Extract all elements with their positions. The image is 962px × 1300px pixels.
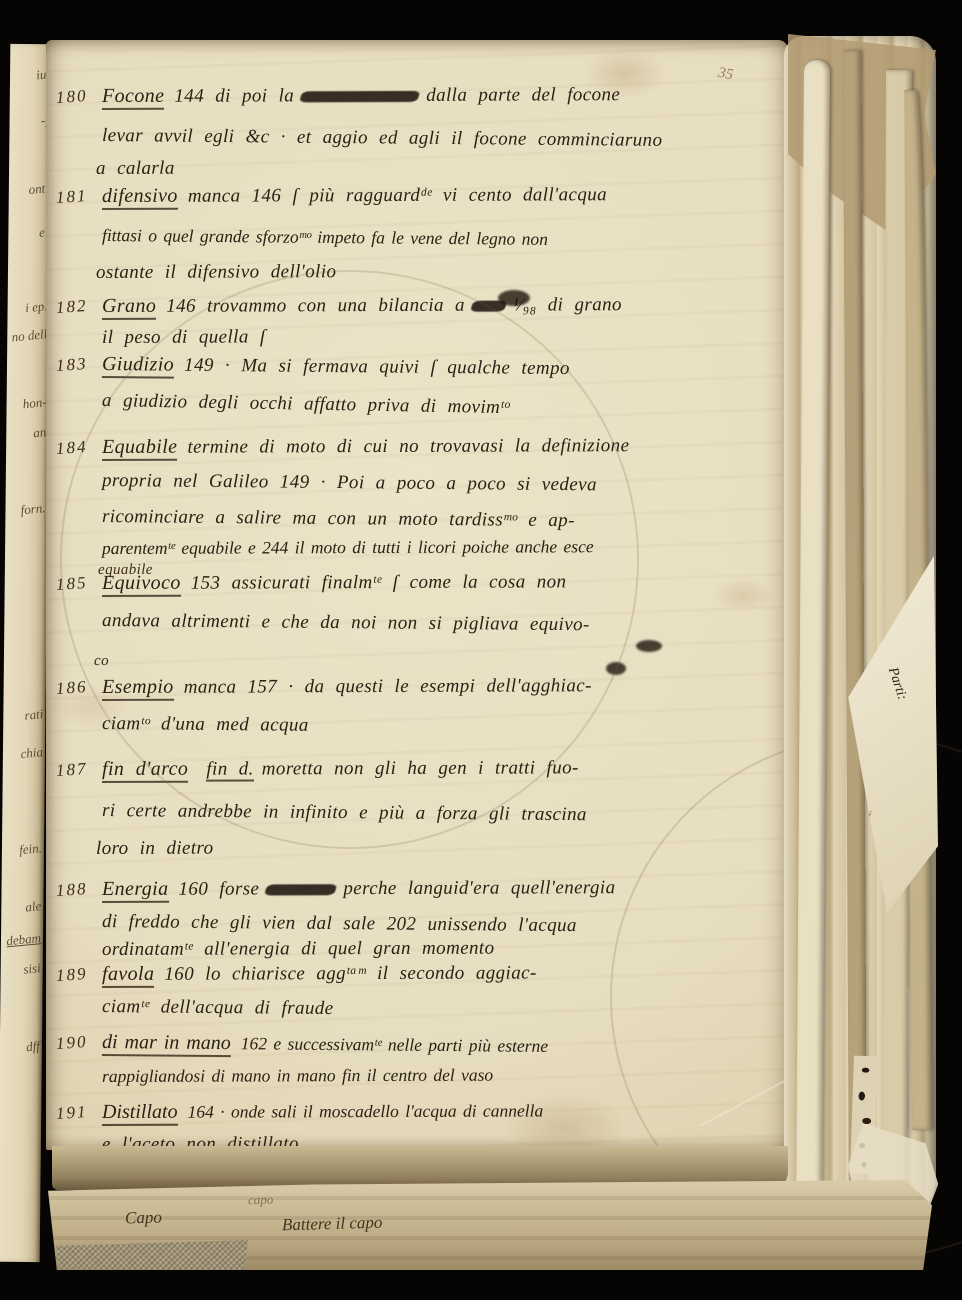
entry-line: levar avvil egli &c · et aggio ed agli i… xyxy=(102,125,663,152)
entry-line: ciamᵗᵉ dell'acqua di fraude xyxy=(102,996,334,1020)
edge-fragment: dff xyxy=(0,1038,41,1058)
watermark-circle xyxy=(60,270,639,849)
ink-blot xyxy=(636,640,662,652)
entry-number: 186 xyxy=(55,677,88,699)
entry-line: 160 lo chiarisce aggᵗᵃᵐ il secondo aggia… xyxy=(164,962,536,984)
edge-fragment: ale xyxy=(1,898,42,918)
edge-fragment: forn. xyxy=(5,500,46,520)
entry-term: Focone xyxy=(102,85,164,110)
edge-fragment: i ep. xyxy=(7,298,48,318)
entry-term: di mar in mano xyxy=(102,1031,231,1057)
edge-fragment: an xyxy=(6,424,47,444)
edge-fragment: rati xyxy=(3,706,44,726)
entry-number: 189 xyxy=(55,964,88,986)
edge-fragment: iui xyxy=(9,66,50,86)
entry-number: 183 xyxy=(55,354,88,376)
entry-term: Distillato xyxy=(102,1101,178,1126)
edge-fragment: debam xyxy=(0,930,41,950)
entry-line: manca 146 ſ più ragguardᵈᵉ vi cento dall… xyxy=(188,184,607,206)
entry-line: rappigliandosi di mano in mano fin il ce… xyxy=(102,1065,493,1087)
facing-page-sliver: iui -) onti el i ep. no dell hon- an for… xyxy=(0,44,52,1262)
entry-number: 190 xyxy=(55,1032,88,1054)
edge-fragment: hon- xyxy=(6,394,47,414)
entry-number: 191 xyxy=(55,1102,88,1124)
entry-line: 162 e successivamᵗᵉ nelle parti più este… xyxy=(241,1033,548,1056)
entry-line: dalla parte del focone xyxy=(426,84,620,106)
entry-term: Grano xyxy=(102,295,156,320)
edge-fragment: onti xyxy=(8,180,49,200)
entry-number: 187 xyxy=(55,759,88,781)
ink-cancellation xyxy=(299,91,421,102)
ink-cancellation xyxy=(264,884,338,895)
entry-term: Energia xyxy=(102,878,169,903)
edge-fragment: fein. xyxy=(1,840,42,860)
entry-term: difensivo xyxy=(102,185,178,210)
entry-line: ordinatamᵗᵉ all'energia di quel gran mom… xyxy=(102,938,495,961)
fore-edge-caption: capo xyxy=(248,1192,274,1209)
manuscript-photo: iui -) onti el i ep. no dell hon- an for… xyxy=(0,0,962,1300)
edge-fragment: no dell xyxy=(7,326,48,346)
fore-edge-caption: Battere il capo xyxy=(282,1213,383,1236)
corner-fragment-text: Parti: xyxy=(884,666,910,703)
entry-number: 180 xyxy=(55,86,88,108)
entry-line: a calarla xyxy=(96,158,175,180)
entry-line: perche languid'era quell'energia xyxy=(343,877,615,899)
entry-line: loro in dietro xyxy=(96,838,214,860)
entry-term: favola xyxy=(102,963,154,988)
entry-line: 144 di poi la xyxy=(174,85,294,106)
edge-fragment: el xyxy=(8,224,49,244)
entry-line: 160 forse xyxy=(178,878,259,899)
entry-line: di freddo che gli vien dal sale 202 unis… xyxy=(102,911,577,937)
edge-fragment: chia xyxy=(2,744,43,764)
edge-fragment: -) xyxy=(9,112,50,132)
entry-number: 182 xyxy=(55,296,88,318)
folio-number: 35 xyxy=(717,65,735,84)
ink-blot xyxy=(498,290,530,306)
entry-number: 188 xyxy=(55,879,88,901)
entry-line: fittasi o quel grande sforzoᵐᵒ impeto fa… xyxy=(102,225,548,250)
fore-edge-caption: Capo xyxy=(125,1208,162,1229)
entry-number: 181 xyxy=(55,186,88,208)
entry-line: 164 · onde sali il moscadello l'acqua di… xyxy=(188,1100,544,1121)
edge-fragment: sisi xyxy=(0,960,41,980)
